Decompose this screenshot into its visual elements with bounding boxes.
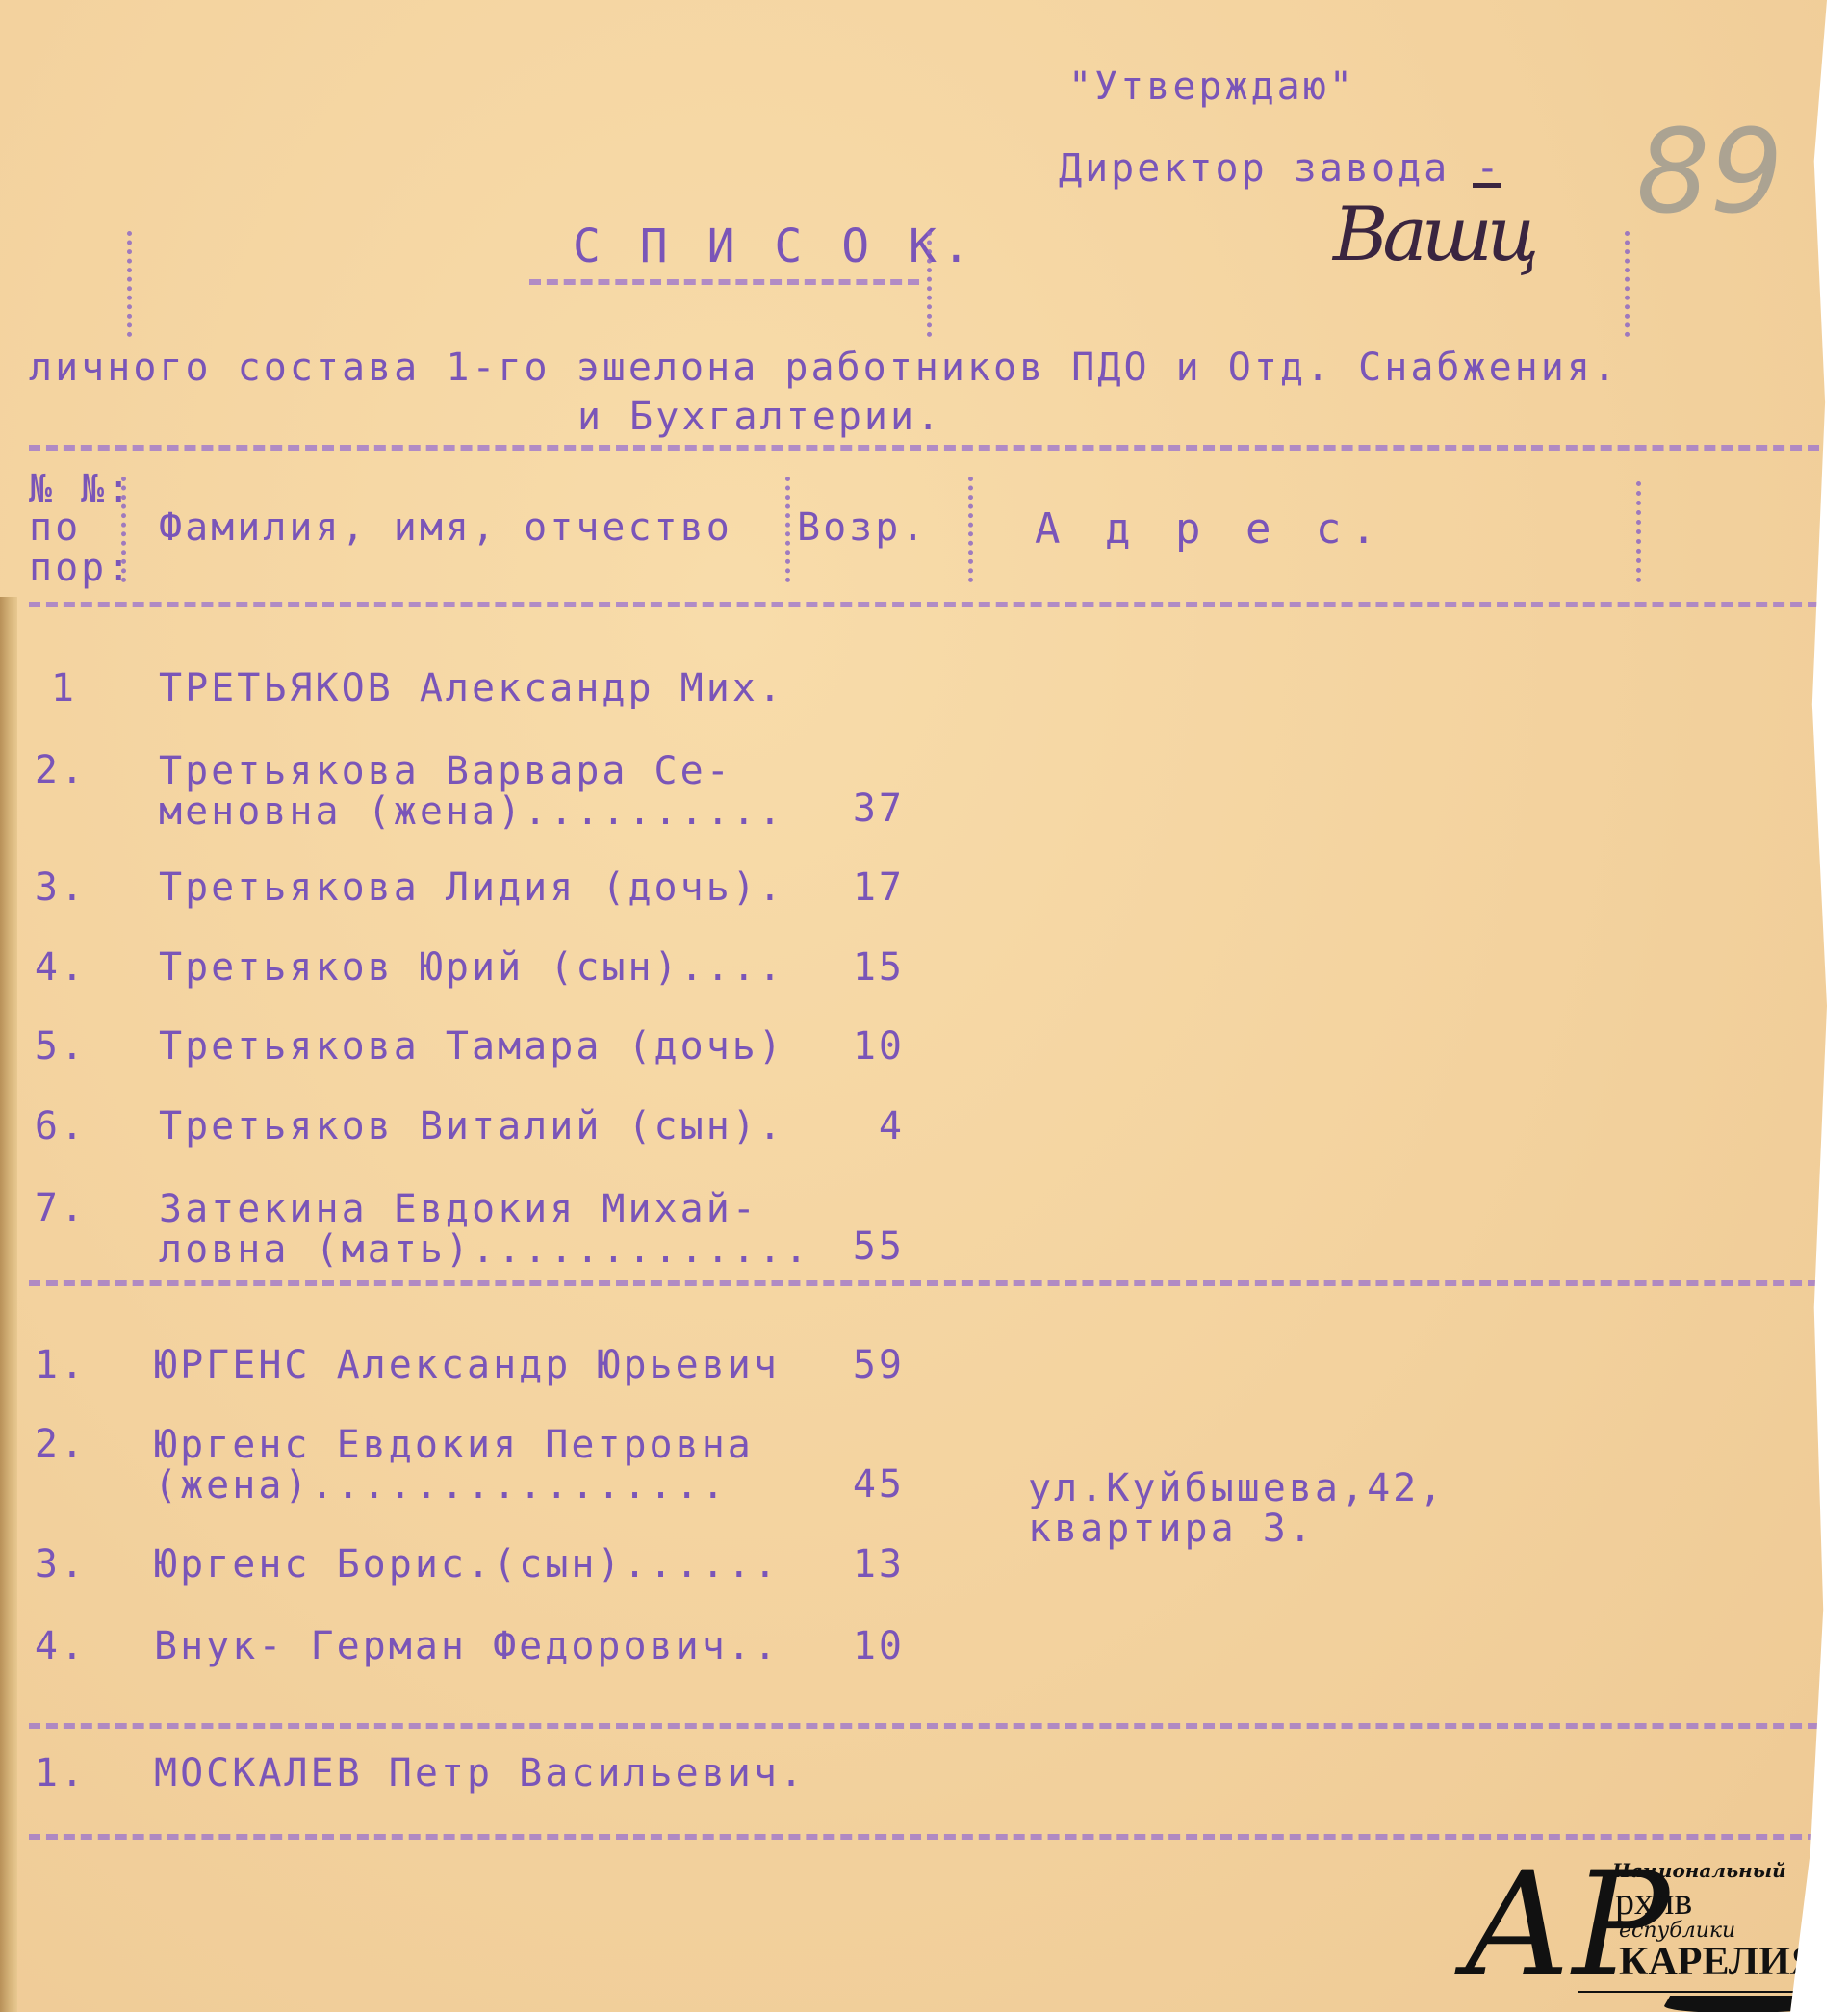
header-divider-1 <box>121 477 126 582</box>
logo-line-4: КАРЕЛИЯ <box>1619 1942 1819 1982</box>
approval-position: Директор завода - <box>1059 149 1501 188</box>
row-name: Юргенс Борис.(сын)...... <box>154 1545 780 1584</box>
header-divider-3 <box>968 477 973 582</box>
header-top-rule <box>29 445 1819 451</box>
header-bottom-rule <box>29 602 1819 607</box>
row-number: 2. <box>19 751 87 789</box>
archive-logo: АР Национальный рхив еспублики КАРЕЛИЯ <box>1463 1853 1829 2007</box>
row-name: Третьяков Виталий (сын). <box>159 1107 784 1146</box>
title-far-right-dots <box>1625 231 1630 337</box>
header-num-line1: № №: <box>29 470 133 508</box>
row-name: Юргенс Евдокия Петровна (жена)..........… <box>154 1425 754 1506</box>
header-divider-4 <box>1636 481 1641 582</box>
group-divider <box>29 1723 1819 1729</box>
header-divider-2 <box>785 477 790 582</box>
row-number: 6. <box>19 1107 87 1146</box>
row-age: 45 <box>828 1465 905 1504</box>
row-number: 1. <box>19 1346 87 1384</box>
row-name: Затекина Евдокия Михай- ловна (мать)....… <box>159 1189 810 1270</box>
row-name: ТРЕТЬЯКОВ Александр Мих. <box>159 669 784 708</box>
page-title: С П И С О К. <box>573 223 976 270</box>
row-name: Третьякова Лидия (дочь). <box>159 868 784 907</box>
row-age: 15 <box>828 948 905 987</box>
row-number: 4. <box>19 1627 87 1665</box>
subtitle-line-2: и Бухгалтерии. <box>577 398 942 436</box>
row-age: 59 <box>828 1346 905 1384</box>
row-name: Третьякова Варвара Се- меновна (жена)...… <box>159 751 784 832</box>
row-number: 1 <box>10 669 77 708</box>
title-right-dots <box>927 231 932 337</box>
page-number: 89 <box>1636 116 1784 231</box>
logo-line-2: рхив <box>1615 1882 1692 1921</box>
row-age: 10 <box>828 1627 905 1665</box>
address-value: ул.Куйбышева,42, квартира 3. <box>1028 1468 1445 1549</box>
row-name: ЮРГЕНС Александр Юрьевич <box>154 1346 780 1384</box>
header-num-line3: пор: <box>29 549 133 587</box>
binding-edge <box>0 597 17 2012</box>
row-number: 3. <box>19 1545 87 1584</box>
row-age: 55 <box>828 1227 905 1266</box>
row-name: МОСКАЛЕВ Петр Васильевич. <box>154 1754 806 1793</box>
director-signature: Вашц <box>1333 197 1533 272</box>
row-name: Третьяков Юрий (сын).... <box>159 948 784 987</box>
document-page: "Утверждаю" Директор завода - Вашц 89 С … <box>0 0 1827 2012</box>
row-age: 17 <box>828 868 905 907</box>
header-age: Возр. <box>797 508 927 547</box>
row-age: 37 <box>828 789 905 828</box>
row-age: 13 <box>828 1545 905 1584</box>
row-name: Внук- Герман Федорович.. <box>154 1627 780 1665</box>
row-number: 5. <box>19 1027 87 1066</box>
row-age: 4 <box>828 1107 905 1146</box>
row-number: 7. <box>19 1189 87 1227</box>
row-number: 4. <box>19 948 87 987</box>
title-underline <box>529 279 919 285</box>
row-number: 1. <box>19 1754 87 1793</box>
header-address: А д р е с. <box>1035 508 1386 551</box>
subtitle-line-1: личного состава 1-го эшелона работников … <box>29 348 1619 387</box>
quill-icon <box>1660 1996 1843 2012</box>
row-number: 2. <box>19 1425 87 1463</box>
approval-stamp: "Утверждаю" <box>1068 67 1355 106</box>
row-name: Третьякова Тамара (дочь) <box>159 1027 784 1066</box>
signature-stroke <box>1473 183 1501 188</box>
header-num-line2: по <box>29 508 81 547</box>
bottom-rule <box>29 1834 1819 1840</box>
logo-underline <box>1578 1991 1848 1993</box>
row-age: 10 <box>828 1027 905 1066</box>
title-left-dots <box>127 231 132 337</box>
header-name: Фамилия, имя, отчество <box>159 508 732 547</box>
group-divider <box>29 1280 1819 1286</box>
row-number: 3. <box>19 868 87 907</box>
